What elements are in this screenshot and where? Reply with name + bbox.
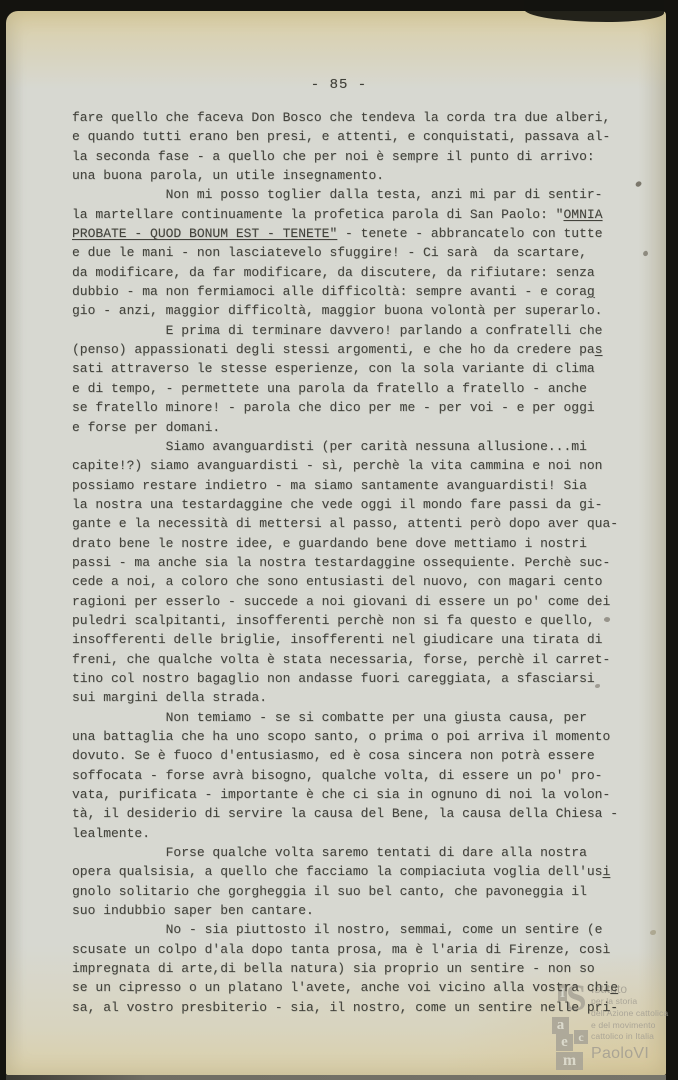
text-line: cede a noi, a coloro che sono entusiasti… [72,572,644,591]
text-line: PROBATE - QUOD BONUM EST - TENETE" - ten… [72,224,644,243]
text-line: possiamo restare indietro - ma siamo san… [72,476,644,495]
text-line: opera qualsisia, a quello che facciamo l… [72,862,644,881]
text-line: tino col nostro bagaglio non andasse fuo… [72,669,644,688]
text-line: e due le mani - non lasciatevelo sfuggir… [72,243,644,262]
text-line: Forse qualche volta saremo tentati di da… [72,843,644,862]
text-line: dovuto. Se è fuoco d'entusiasmo, ed è co… [72,746,644,765]
watermark-brand: PaoloVI [591,1045,668,1063]
watermark-caption-line: cattolico in Italia [591,1031,668,1043]
text-line: la seconda fase - a quello che per noi è… [72,147,644,166]
text-line: sa, al vostro presbiterio - sia, il nost… [72,998,644,1017]
logo-letter-a: a [552,1017,569,1034]
text-line: e quando tutti erano ben presi, e attent… [72,127,644,146]
text-line: freni, che qualche volta è stata necessa… [72,650,644,669]
text-line: lealmente. [72,824,644,843]
text-line: Non mi posso toglier dalla testa, anzi m… [72,185,644,204]
text-line: drato bene le nostre idee, e guardando b… [72,534,644,553]
logo-letter-m: m [556,1052,583,1070]
text-line: vata, purificata - importante è che ci s… [72,785,644,804]
logo-letter-c: c [574,1030,588,1044]
text-line: e di tempo, - permettete una parola da f… [72,379,644,398]
text-line: sui margini della strada. [72,688,644,707]
text-line: se un cipresso o un platano l'avete, anc… [72,978,644,997]
text-line: da modificare, da far modificare, da dis… [72,263,644,282]
text-line: gio - anzi, maggior difficoltà, maggior … [72,301,644,320]
text-line: fare quello che faceva Don Bosco che ten… [72,108,644,127]
text-line: gante e la necessità di mettersi al pass… [72,514,644,533]
text-line: impregnata di arte,di bella natura) sia … [72,959,644,978]
text-line: ragioni per esserlo - succede a noi giov… [72,592,644,611]
text-line: e forse per domani. [72,418,644,437]
text-line: dubbio - ma non fermiamoci alle difficol… [72,282,644,301]
watermark-caption-line: e del movimento [591,1020,668,1032]
text-line: insofferenti delle briglie, insofferenti… [72,630,644,649]
text-line: la martellare continuamente la profetica… [72,205,644,224]
text-line: passi - ma anche sia la nostra testardag… [72,553,644,572]
text-line: scusate un colpo d'ala dopo tanta prosa,… [72,940,644,959]
text-line: tà, il desiderio di servire la causa del… [72,804,644,823]
text-line: E prima di terminare davvero! parlando a… [72,321,644,340]
text-line: la nostra una testardaggine che vede ogg… [72,495,644,514]
text-line: se fratello minore! - parola che dico pe… [72,398,644,417]
text-line: puledri scalpitanti, insofferenti perchè… [72,611,644,630]
text-line: una battaglia che ha uno scopo santo, o … [72,727,644,746]
text-line: Siamo avanguardisti (per carità nessuna … [72,437,644,456]
text-line: suo indubbio saper ben cantare. [72,901,644,920]
text-line: soffocata - forse avrà bisogno, qualche … [72,766,644,785]
text-line: No - sia piuttosto il nostro, semmai, co… [72,920,644,939]
page-number: - 85 - [0,77,678,93]
typed-text-block: fare quello che faceva Don Bosco che ten… [72,108,644,1017]
text-line: capite!?) siamo avanguardisti - sì, perc… [72,456,644,475]
text-line: gnolo solitario che gorgheggia il suo be… [72,882,644,901]
text-line: Non temiamo - se si combatte per una giu… [72,708,644,727]
text-line: una buona parola, un utile insegnamento. [72,166,644,185]
scanned-page: - 85 - fare quello che faceva Don Bosco … [0,0,678,1080]
text-line: (penso) appassionati degli stessi argome… [72,340,644,359]
logo-letter-e: e [556,1034,573,1051]
text-line: sati attraverso le stesse esperienze, co… [72,359,644,378]
